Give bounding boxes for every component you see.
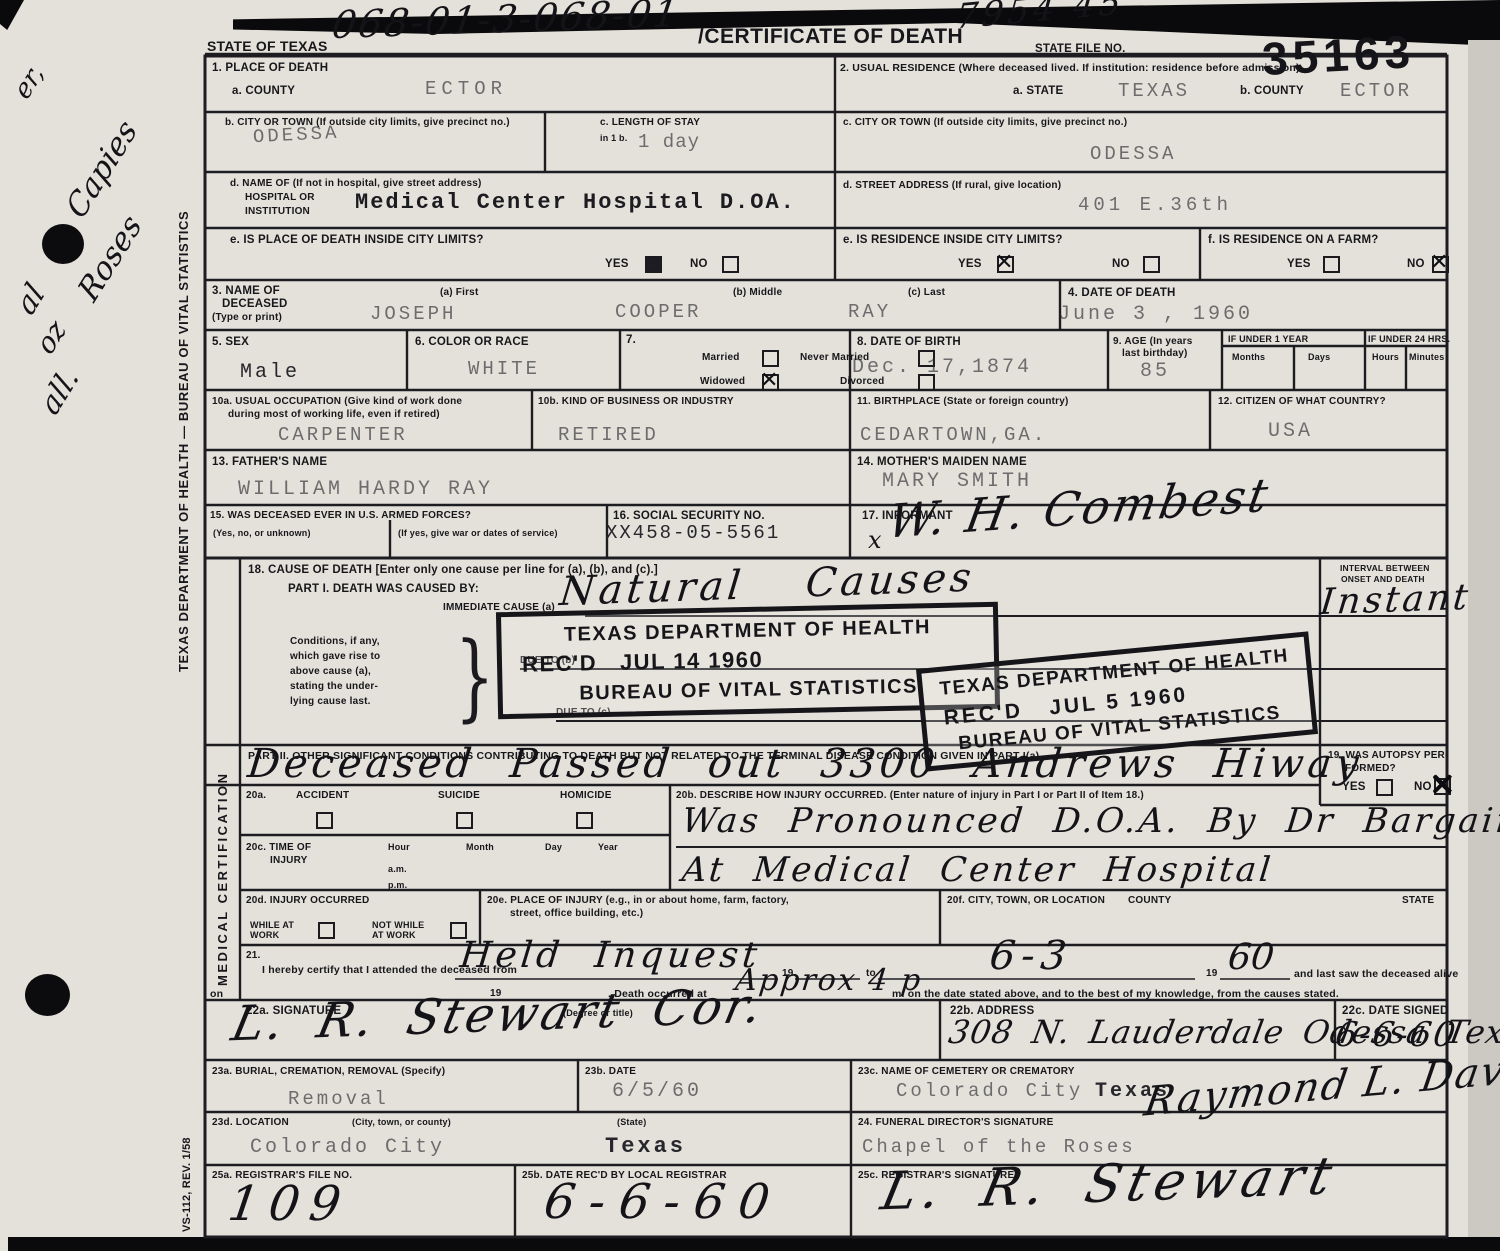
field-23d-value2: Texas [605,1136,686,1158]
field-11-value: CEDARTOWN,GA. [860,426,1047,445]
field-2f-yes-checkbox [1323,256,1340,273]
certify-hw-held-inquest: Held Inquest [458,938,762,974]
field-2f-no-checkbox [1432,256,1449,273]
field-23d-sublabel1: (City, town, or county) [352,1117,451,1128]
field-3-first-label: (a) First [440,287,478,299]
field-1d-label: d. NAME OF (If not in hospital, give str… [230,178,482,190]
hour-label: Hour [388,842,410,853]
field-24-label: 24. FUNERAL DIRECTOR'S SIGNATURE [858,1117,1053,1129]
field-2a-label: a. STATE [1013,85,1063,99]
field-23b-label: 23b. DATE [585,1066,636,1078]
conditions-note-line: above cause (a), [290,666,371,678]
field-2e-label: e. IS RESIDENCE INSIDE CITY LIMITS? [843,234,1063,248]
field-21-label: 21. [246,950,261,962]
interval-value: Instant [1318,580,1472,621]
field-23a-label: 23a. BURIAL, CREMATION, REMOVAL (Specify… [212,1066,445,1078]
field-7-label: 7. [626,334,636,348]
field-19-no-checkbox [1434,778,1451,795]
while-at-work-checkbox [318,922,335,939]
homicide-checkbox [576,812,593,829]
field-3-label: 3. NAME OF [212,285,280,299]
field-1c-value: 1 day [638,133,700,152]
field-23b-value: 6/5/60 [612,1082,702,1102]
field-20e-label2: street, office building, etc.) [510,908,643,920]
field-25a-value: 109 [225,1180,353,1228]
field-2c-value: ODESSA [1090,145,1176,164]
field-1d-label3: INSTITUTION [245,206,310,218]
field-13-label: 13. FATHER'S NAME [212,456,327,470]
field-6-value: WHITE [468,360,540,379]
field-1d-label2: HOSPITAL OR [245,192,315,204]
field-1-label: 1. PLACE OF DEATH [212,62,328,76]
certify-on: on [210,988,223,1001]
field-12-label: 12. CITIZEN OF WHAT COUNTRY? [1218,396,1386,408]
certify-hw-date: 6-3 [988,936,1075,976]
field-11-label: 11. BIRTHPLACE (State or foreign country… [857,396,1069,408]
part1-label: PART I. DEATH WAS CAUSED BY: [288,583,479,597]
field-7-widowed-checkbox [762,374,779,391]
field-12-value: USA [1268,422,1313,442]
field-19-label-line2: FORMED? [1345,763,1396,775]
field-15-sublabel1: (Yes, no, or unknown) [213,528,311,539]
field-4-label: 4. DATE OF DEATH [1068,287,1176,301]
field-2d-value: 401 E.36th [1078,196,1232,215]
under-24-hrs-hours-label: Hours [1372,352,1399,363]
field-10a-label2: during most of working life, even if ret… [228,409,440,421]
field-15-sublabel2: (If yes, give war or dates of service) [398,528,558,539]
conditions-brace: } [455,622,494,732]
field-8-value: Dec. 17,1874 [852,358,1032,378]
field-13-value: WILLIAM HARDY RAY [238,480,493,500]
field-2-label: 2. USUAL RESIDENCE (Where deceased lived… [840,62,1300,75]
field-5-label: 5. SEX [212,336,249,350]
while-at-work-label2: WORK [250,930,279,941]
day-label: Day [545,842,562,853]
state-label-20f: STATE [1402,895,1434,907]
suicide-label: SUICIDE [438,790,480,802]
field-1b-value: ODESSA [253,124,340,147]
field-2a-value: TEXAS [1118,82,1190,101]
month-label: Month [466,842,494,853]
field-3-middle-value: COOPER [615,303,701,322]
field-20f-label: 20f. CITY, TOWN, OR LOCATION [947,895,1105,907]
field-1d-value: Medical Center Hospital D.OA. [355,192,796,214]
field-3-first-value: JOSEPH [370,305,456,324]
field-23c-value1: Colorado City [896,1082,1083,1101]
field-20b-value-line1: Was Pronounced D.O.A. By Dr Bargainer [680,804,1500,838]
state-file-no-label: STATE FILE NO. [1035,43,1126,57]
informant-x-mark: x [868,528,882,552]
certify-hw-60: 60 [1226,940,1276,976]
field-19-yes-label: YES [1342,781,1366,795]
field-1a-label: a. COUNTY [232,85,295,99]
field-2f-yes-label: YES [1287,258,1311,272]
interval-label-line1: INTERVAL BETWEEN [1340,563,1430,573]
field-1c-sublabel: in 1 b. [600,133,627,144]
conditions-note-line: Conditions, if any, [290,636,380,648]
certify-text-2: and last saw the deceased alive [1294,968,1458,981]
field-10a-value: CARPENTER [278,426,408,445]
certificate-number-stamp: 35163 [1261,24,1417,86]
suicide-checkbox [456,812,473,829]
field-3-last-value: RAY [848,303,891,322]
field-22c-value: 6-6-60 [1333,1018,1459,1052]
field-2f-no-label: NO [1407,258,1425,272]
am-label: a.m. [388,864,407,875]
death-certificate-scan: er, Capies Roses al oz all. TEXAS DEPART… [0,0,1500,1251]
field-15-label: 15. WAS DECEASED EVER IN U.S. ARMED FORC… [210,510,471,522]
field-1c-label: c. LENGTH OF STAY [600,117,700,129]
field-6-label: 6. COLOR OR RACE [415,336,529,350]
field-3-label2: DECEASED [222,298,288,312]
field-16-value: XX458-05-5561 [606,524,780,543]
field-23c-label: 23c. NAME OF CEMETERY OR CREMATORY [858,1066,1075,1078]
field-23d-sublabel2: (State) [617,1117,646,1128]
conditions-note-line: lying cause last. [290,696,371,708]
field-2e-yes-label: YES [958,258,982,272]
field-2b-label: b. COUNTY [1240,85,1304,99]
certify-19-2: 19 [1206,968,1218,980]
homicide-label: HOMICIDE [560,790,612,802]
accident-label: ACCIDENT [296,790,349,802]
field-10b-value: RETIRED [558,426,659,445]
field-20c-label2: INJURY [270,855,308,867]
certificate-title: /CERTIFICATE OF DEATH [698,24,963,49]
pm-label: p.m. [388,880,407,891]
field-20c-label: 20c. TIME OF [246,842,311,854]
field-9-label2: last birthday) [1122,348,1188,360]
under-1-year-months-label: Months [1232,352,1265,363]
field-5-value: Male [240,363,300,383]
field-3-sublabel: (Type or print) [212,312,282,324]
field-19-yes-checkbox [1376,779,1393,796]
certify-text-4: m. on the date stated above, and to the … [892,988,1339,1001]
field-20d-label: 20d. INJURY OCCURRED [246,895,369,907]
field-9-value: 85 [1140,362,1170,382]
field-7-widowed-label: Widowed [700,376,745,388]
state-of-texas-label: STATE OF TEXAS [207,38,328,55]
conditions-note-line: which gave rise to [290,651,380,663]
field-23a-value: Removal [288,1090,389,1109]
field-1e-label: e. IS PLACE OF DEATH INSIDE CITY LIMITS? [230,234,484,248]
field-1e-no-label: NO [690,258,708,272]
field-2d-label: d. STREET ADDRESS (If rural, give locati… [843,180,1061,192]
field-1e-yes-label: YES [605,258,629,272]
field-7-married-checkbox [762,350,779,367]
county-label: COUNTY [1128,895,1171,907]
conditions-note-line: stating the under- [290,681,378,693]
field-19-label-line1: 19. WAS AUTOPSY PER- [1328,750,1449,762]
field-20e-label: 20e. PLACE OF INJURY (e.g., in or about … [487,895,789,907]
field-10b-label: 10b. KIND OF BUSINESS OR INDUSTRY [538,396,734,408]
part2-value: Deceased Passed out 3300 Andrews Hiway [246,744,1364,784]
field-3-last-label: (c) Last [908,287,945,299]
field-1a-value: ECTOR [425,80,507,99]
field-2e-no-label: NO [1112,258,1130,272]
field-2e-yes-checkbox [997,256,1014,273]
field-1e-yes-checkbox [645,256,662,273]
field-23d-label: 23d. LOCATION [212,1117,289,1129]
under-1-year-label: IF UNDER 1 YEAR [1228,334,1308,345]
field-25b-value: 6-6-60 [541,1178,786,1226]
year-label: Year [598,842,618,853]
field-2e-no-checkbox [1143,256,1160,273]
field-8-label: 8. DATE OF BIRTH [857,336,961,350]
under-24-hrs-minutes-label: Minutes [1409,352,1444,363]
accident-checkbox [316,812,333,829]
field-3-middle-label: (b) Middle [733,287,782,299]
under-24-hrs-label: IF UNDER 24 HRS. [1368,334,1450,345]
field-9-label: 9. AGE (In years [1113,336,1193,348]
field-4-value: June 3 , 1960 [1058,305,1253,325]
field-2c-label: c. CITY OR TOWN (If outside city limits,… [843,117,1127,129]
under-1-year-days-label: Days [1308,352,1330,363]
field-10a-label: 10a. USUAL OCCUPATION (Give kind of work… [212,396,462,408]
field-23d-value1: Colorado City [250,1138,445,1158]
field-2f-label: f. IS RESIDENCE ON A FARM? [1208,234,1378,248]
field-20a-label: 20a. [246,790,266,802]
not-while-at-work-label2: AT WORK [372,930,416,941]
field-7-married-label: Married [702,352,740,364]
registrar-signature: L. R. Stewart [877,1150,1342,1218]
field-20b-value-line2: At Medical Center Hospital [680,853,1274,887]
field-2b-value: ECTOR [1340,82,1412,101]
field-14-label: 14. MOTHER'S MAIDEN NAME [857,456,1027,470]
field-1e-no-checkbox [722,256,739,273]
